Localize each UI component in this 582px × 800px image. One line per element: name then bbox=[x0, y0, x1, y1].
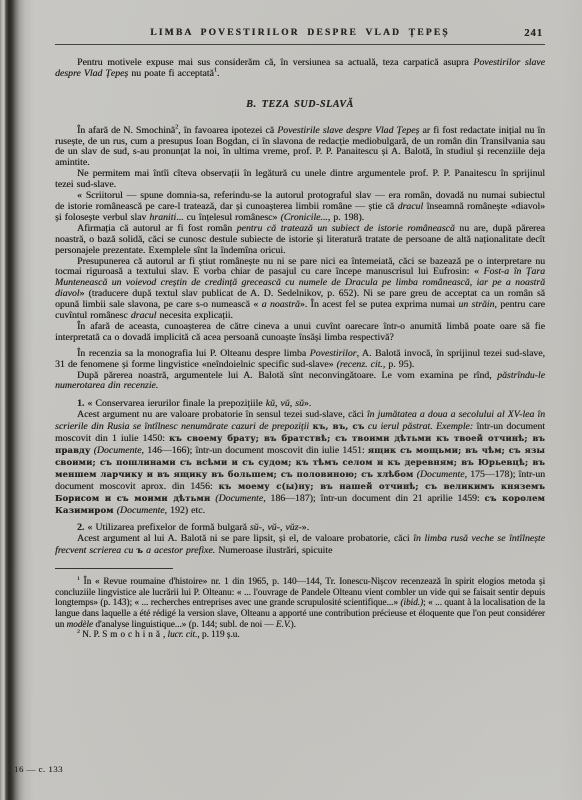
section-heading: B. TEZA SUD-SLAVĂ bbox=[55, 100, 545, 111]
paragraph: Afirmația că autorul ar fi fost român pe… bbox=[55, 224, 545, 257]
paragraph: După părerea noastră, argumentele lui A.… bbox=[55, 371, 545, 393]
footnote-1: 1 În « Revue roumaine d'histoire» nr. 1 … bbox=[55, 576, 545, 629]
signature-mark: 16 — c. 133 bbox=[14, 764, 63, 774]
footnotes: 1 În « Revue roumaine d'histoire» nr. 1 … bbox=[55, 576, 545, 640]
page-title: LIMBA POVESTIRILOR DESPRE VLAD ȚEPEȘ bbox=[55, 28, 545, 39]
paragraph: În afară de N. Smochină2, în favoarea ip… bbox=[55, 126, 545, 170]
page-content: LIMBA POVESTIRILOR DESPRE VLAD ȚEPEȘ 241… bbox=[55, 0, 545, 640]
paragraph: Ne permitem mai întîi cîteva observații … bbox=[55, 169, 545, 191]
paragraph-intro: Pentru motivele expuse mai sus consideră… bbox=[55, 58, 545, 80]
running-header: LIMBA POVESTIRILOR DESPRE VLAD ȚEPEȘ 241 bbox=[55, 28, 545, 45]
paragraph: În afară de aceasta, cunoașterea de cătr… bbox=[55, 322, 545, 344]
paragraph-quote: « Scriitorul — spune domnia-sa, referind… bbox=[55, 191, 545, 224]
footnote-rule bbox=[55, 568, 173, 569]
page-number: 241 bbox=[524, 29, 543, 40]
paragraph: Presupunerea că autorul ar fi știut româ… bbox=[55, 257, 545, 322]
paragraph: Acest argument al lui A. Balotă ni se pa… bbox=[55, 534, 545, 557]
paragraph: În recenzia sa la monografia lui P. Olte… bbox=[55, 349, 545, 371]
body-text: Pentru motivele expuse mai sus consideră… bbox=[55, 58, 545, 557]
scanned-book-page: LIMBA POVESTIRILOR DESPRE VLAD ȚEPEȘ 241… bbox=[0, 0, 582, 800]
paragraph-slavonic-examples: Acest argument nu are valoare probatorie… bbox=[55, 410, 545, 516]
footnote-2: 2 N. P. Smochină, lucr. cit., p. 119 ș.u… bbox=[55, 629, 545, 640]
